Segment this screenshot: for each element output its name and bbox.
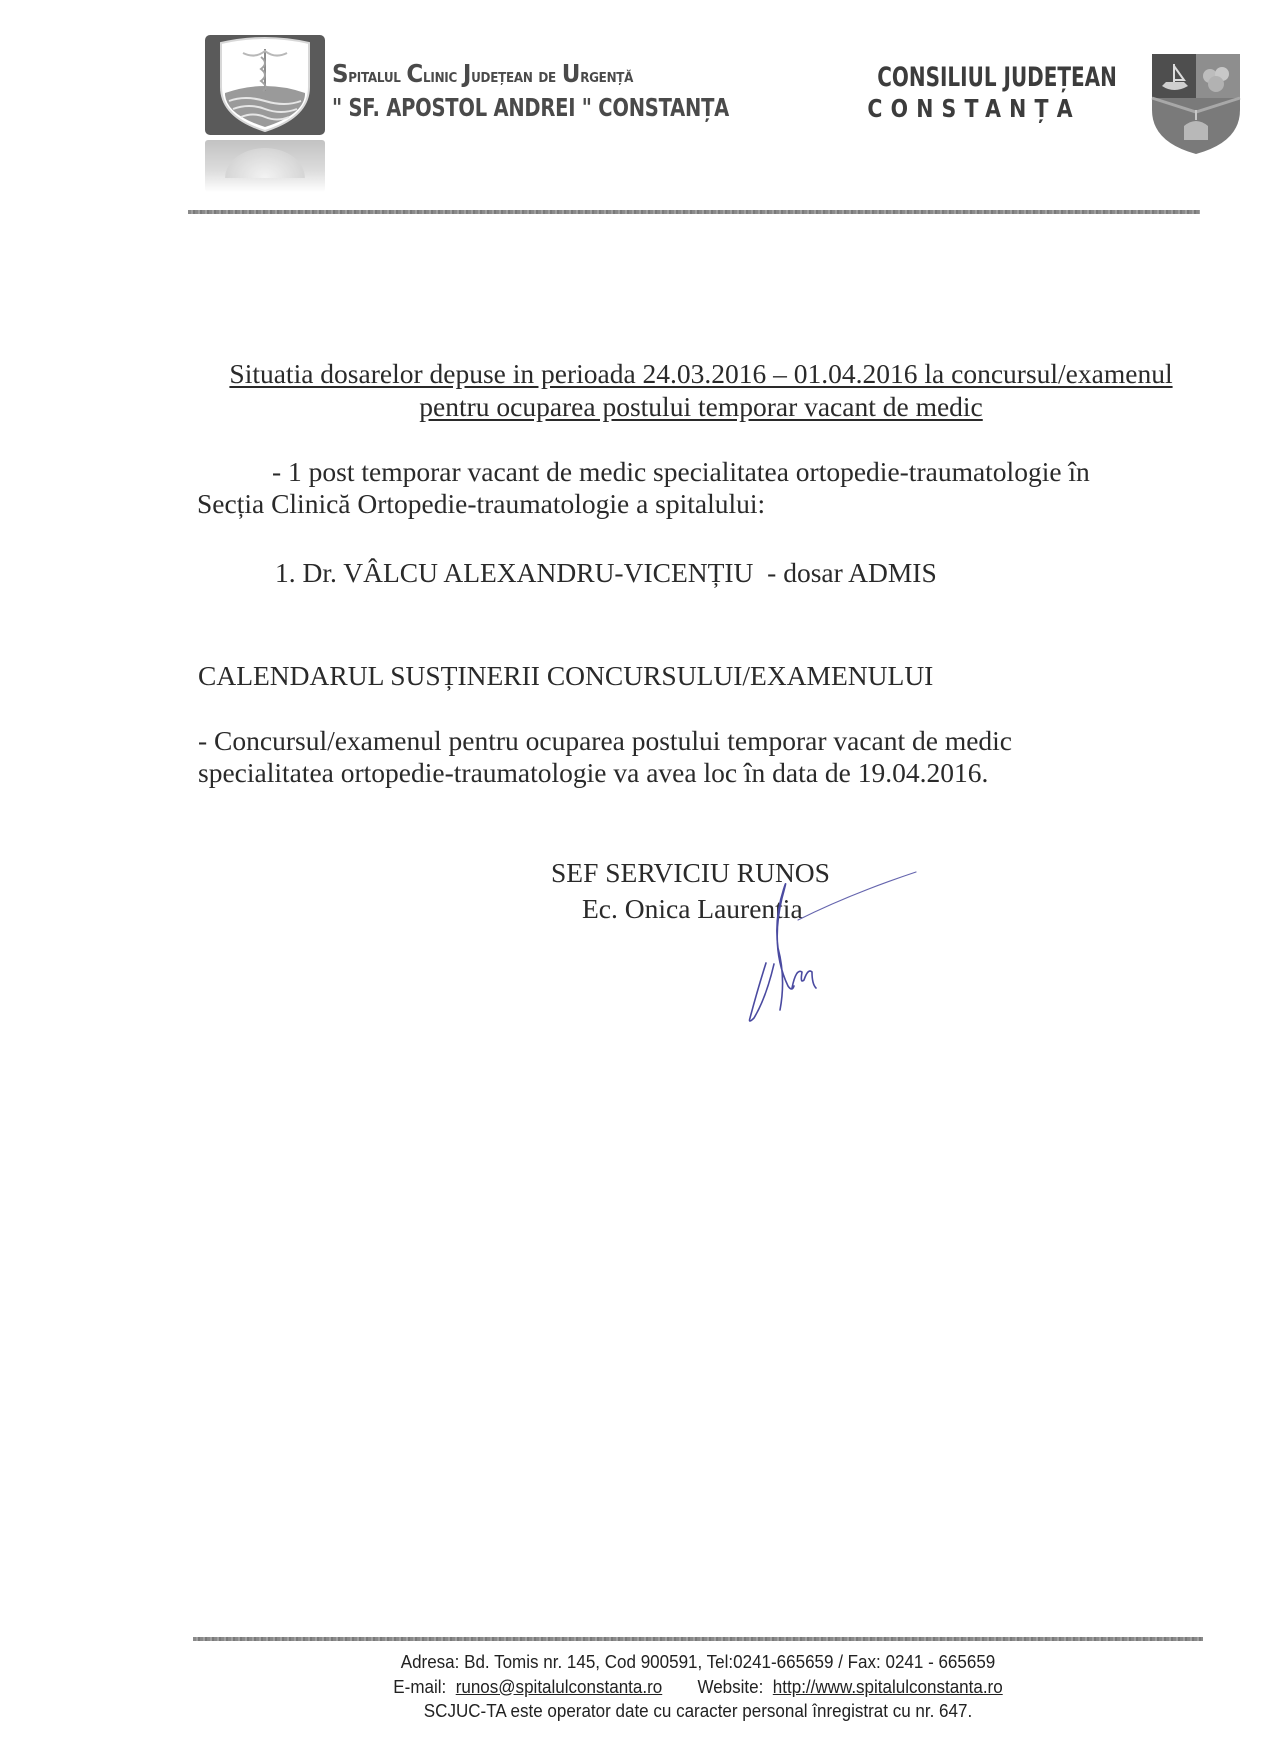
signature-scribble-icon <box>740 868 930 1028</box>
candidate-number: 1. <box>275 557 296 588</box>
header-divider <box>188 210 1200 214</box>
website-link[interactable]: http://www.spitalulconstanta.ro <box>773 1676 1003 1697</box>
footer-address: Adresa: Bd. Tomis nr. 145, Cod 900591, T… <box>233 1650 1162 1675</box>
document-title: Situatia dosarelor depuse in perioada 24… <box>200 357 1202 423</box>
hospital-name-line1: Spitalul Clinic Județean de Urgență <box>332 58 691 92</box>
county-council-name: CONSILIUL JUDEȚEAN CONSTANȚA <box>845 62 1093 124</box>
hospital-name: Spitalul Clinic Județean de Urgență " SF… <box>332 58 722 124</box>
title-line1: Situatia dosarelor depuse in perioada 24… <box>200 357 1202 390</box>
word-rest: udețean <box>471 65 532 87</box>
word-rest: linic <box>423 65 457 87</box>
footer: Adresa: Bd. Tomis nr. 145, Cod 900591, T… <box>193 1650 1203 1724</box>
county-crest <box>1150 52 1242 156</box>
word-rest: de <box>538 65 556 87</box>
email-label: E-mail: <box>393 1676 446 1697</box>
logo-reflection <box>205 140 325 192</box>
candidate-name: Dr. VÂLCU ALEXANDRU-VICENȚIU <box>303 557 754 588</box>
council-line1: CONSILIUL JUDEȚEAN <box>877 62 1061 94</box>
website-label: Website: <box>697 1676 763 1697</box>
post-description-line2: Secția Clinică Ortopedie-traumatologie a… <box>197 488 765 520</box>
word-cap: S <box>332 59 348 88</box>
caduceus-shield-logo-icon <box>205 35 325 135</box>
footer-data-protection-notice: SCJUC-TA este operator date cu caracter … <box>233 1699 1162 1724</box>
email-link[interactable]: runos@spitalulconstanta.ro <box>456 1676 663 1697</box>
county-coat-of-arms-icon <box>1150 52 1242 156</box>
calendar-line1: - Concursul/examenul pentru ocuparea pos… <box>198 725 1012 757</box>
word-rest: pitalul <box>348 65 400 87</box>
post-description-line1: - 1 post temporar vacant de medic specia… <box>272 456 1090 488</box>
word-cap: U <box>562 59 580 88</box>
word-cap: J <box>463 59 471 88</box>
candidate-list-item: 1. Dr. VÂLCU ALEXANDRU-VICENȚIU - dosar … <box>275 557 937 589</box>
council-line2: CONSTANȚA <box>867 94 1070 124</box>
hospital-name-line2: " SF. APOSTOL ANDREI " CONSTANȚA <box>332 92 636 124</box>
calendar-heading: CALENDARUL SUSȚINERII CONCURSULUI/EXAMEN… <box>198 660 933 692</box>
hospital-logo <box>205 35 325 135</box>
handwritten-signature <box>740 868 930 1028</box>
word-rest: rgență <box>580 65 633 87</box>
footer-contact: E-mail: runos@spitalulconstanta.ro Websi… <box>233 1675 1162 1700</box>
word-cap: C <box>406 59 423 88</box>
calendar-line2: specialitatea ortopedie-traumatologie va… <box>198 757 988 789</box>
title-line2: pentru ocuparea postului temporar vacant… <box>200 390 1202 423</box>
candidate-status: - dosar ADMIS <box>767 557 937 588</box>
footer-divider <box>193 1637 1203 1641</box>
